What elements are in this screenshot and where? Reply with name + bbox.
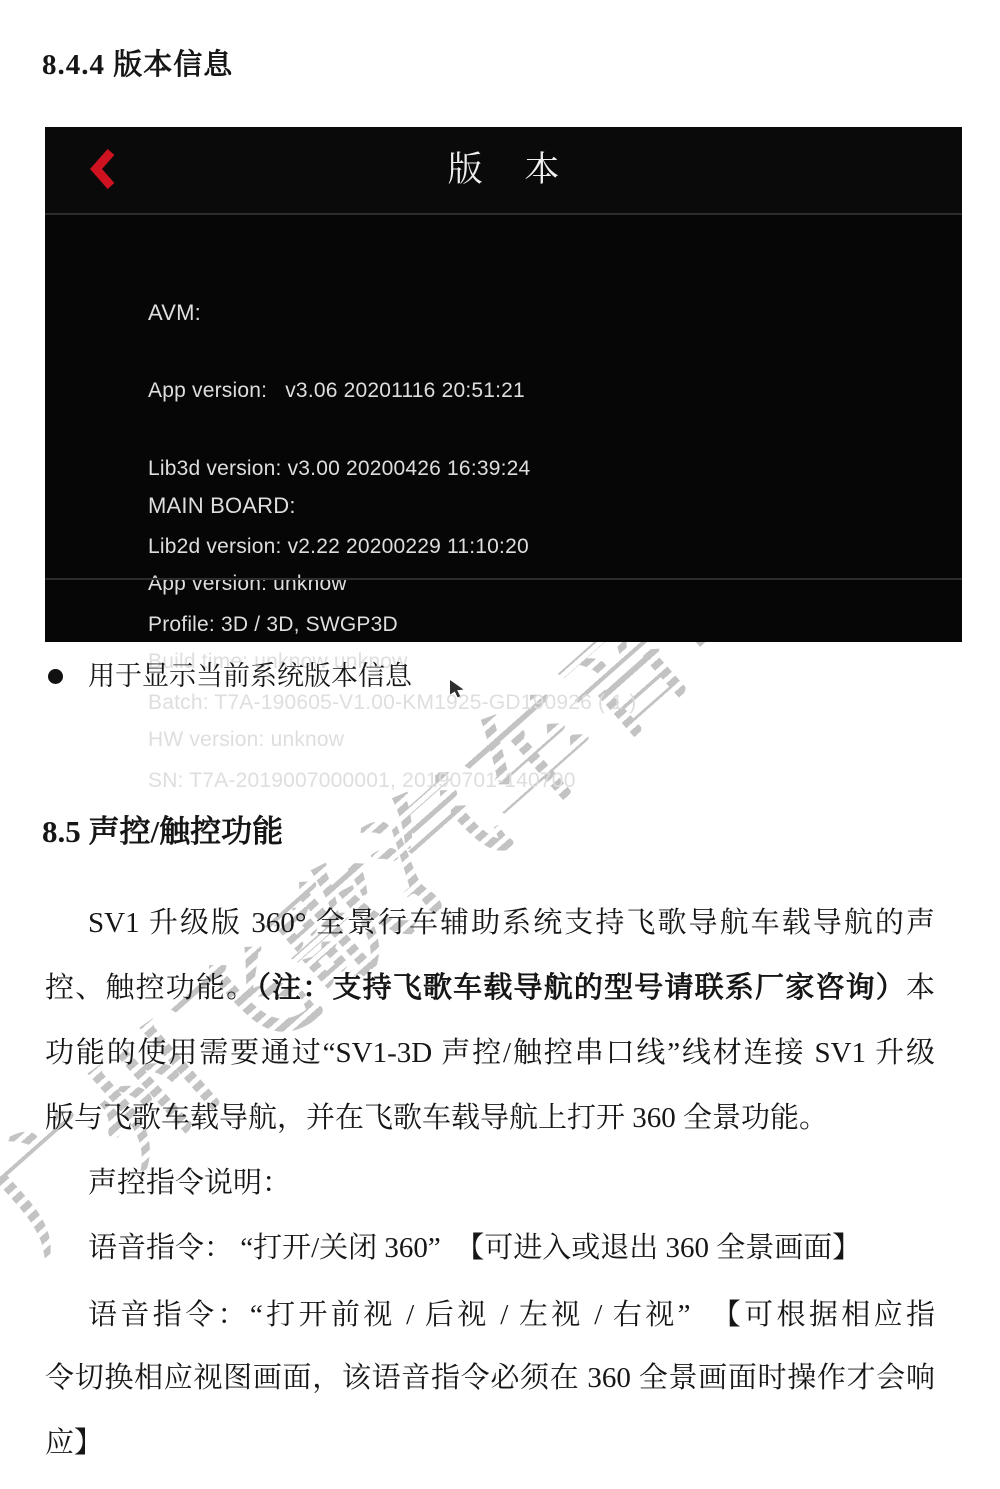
paragraph-line-6: 语音指令： “打开/关闭 360” 【可进入或退出 360 全景画面】	[88, 1231, 861, 1265]
paragraph-line-4: 版与飞歌车载导航，并在飞歌车载导航上打开 360 全景功能。	[45, 1101, 828, 1135]
section-heading-8-5: 8.5 声控/触控功能	[42, 812, 283, 852]
avm-app-version: App version: v3.06 20201116 20:51:21	[148, 378, 636, 404]
paragraph-line-3: 功能的使用需要通过“SV1-3D 声控/触控串口线”线材连接 SV1 升级	[45, 1036, 935, 1070]
mb-app-version: App version: unknow	[148, 571, 407, 597]
mouse-cursor-icon	[449, 679, 466, 703]
bullet-note-text: 用于显示当前系统版本信息	[88, 658, 412, 694]
paragraph-line-7: 语音指令：“打开前视 / 后视 / 左视 / 右视” 【可根据相应指	[88, 1298, 935, 1332]
paragraph-line-8: 令切换相应视图画面，该语音指令必须在 360 全景画面时操作才会响	[45, 1361, 935, 1395]
paragraph-line-5: 声控指令说明：	[88, 1166, 291, 1200]
section-heading-8-4-4: 8.4.4 版本信息	[42, 47, 233, 83]
bottom-divider	[45, 578, 962, 580]
mb-hw-version: HW version: unknow	[148, 727, 407, 753]
avm-header: AVM:	[148, 300, 636, 326]
paragraph-line-2-normal-a: 控、触控功能。	[45, 972, 256, 1004]
titlebar-divider	[45, 213, 962, 215]
device-title-bar: 版 本	[45, 127, 962, 213]
main-board-header: MAIN BOARD:	[148, 493, 407, 519]
paragraph-line-2-normal-b: 本	[906, 972, 935, 1004]
main-board-version-block: MAIN BOARD: App version: unknow Build ti…	[148, 441, 407, 805]
bullet-dot-icon	[48, 669, 63, 684]
manual-page: 广州飞歌汽车音响 8.4.4 版本信息 版 本 AVM: App version…	[0, 0, 1000, 1489]
paragraph-line-9: 应】	[45, 1426, 103, 1460]
paragraph-line-1: SV1 升级版 360° 全景行车辅助系统支持飞歌导航车载导航的声	[88, 906, 935, 940]
paragraph-line-2-bold-note: （注：支持飞歌车载导航的型号请联系厂家咨询）	[256, 972, 906, 1004]
paragraph-line-2: 控、触控功能。（注：支持飞歌车载导航的型号请联系厂家咨询）本	[45, 971, 935, 1005]
device-screen-title: 版 本	[45, 127, 962, 213]
device-version-screen: 版 本 AVM: App version: v3.06 20201116 20:…	[45, 127, 962, 642]
